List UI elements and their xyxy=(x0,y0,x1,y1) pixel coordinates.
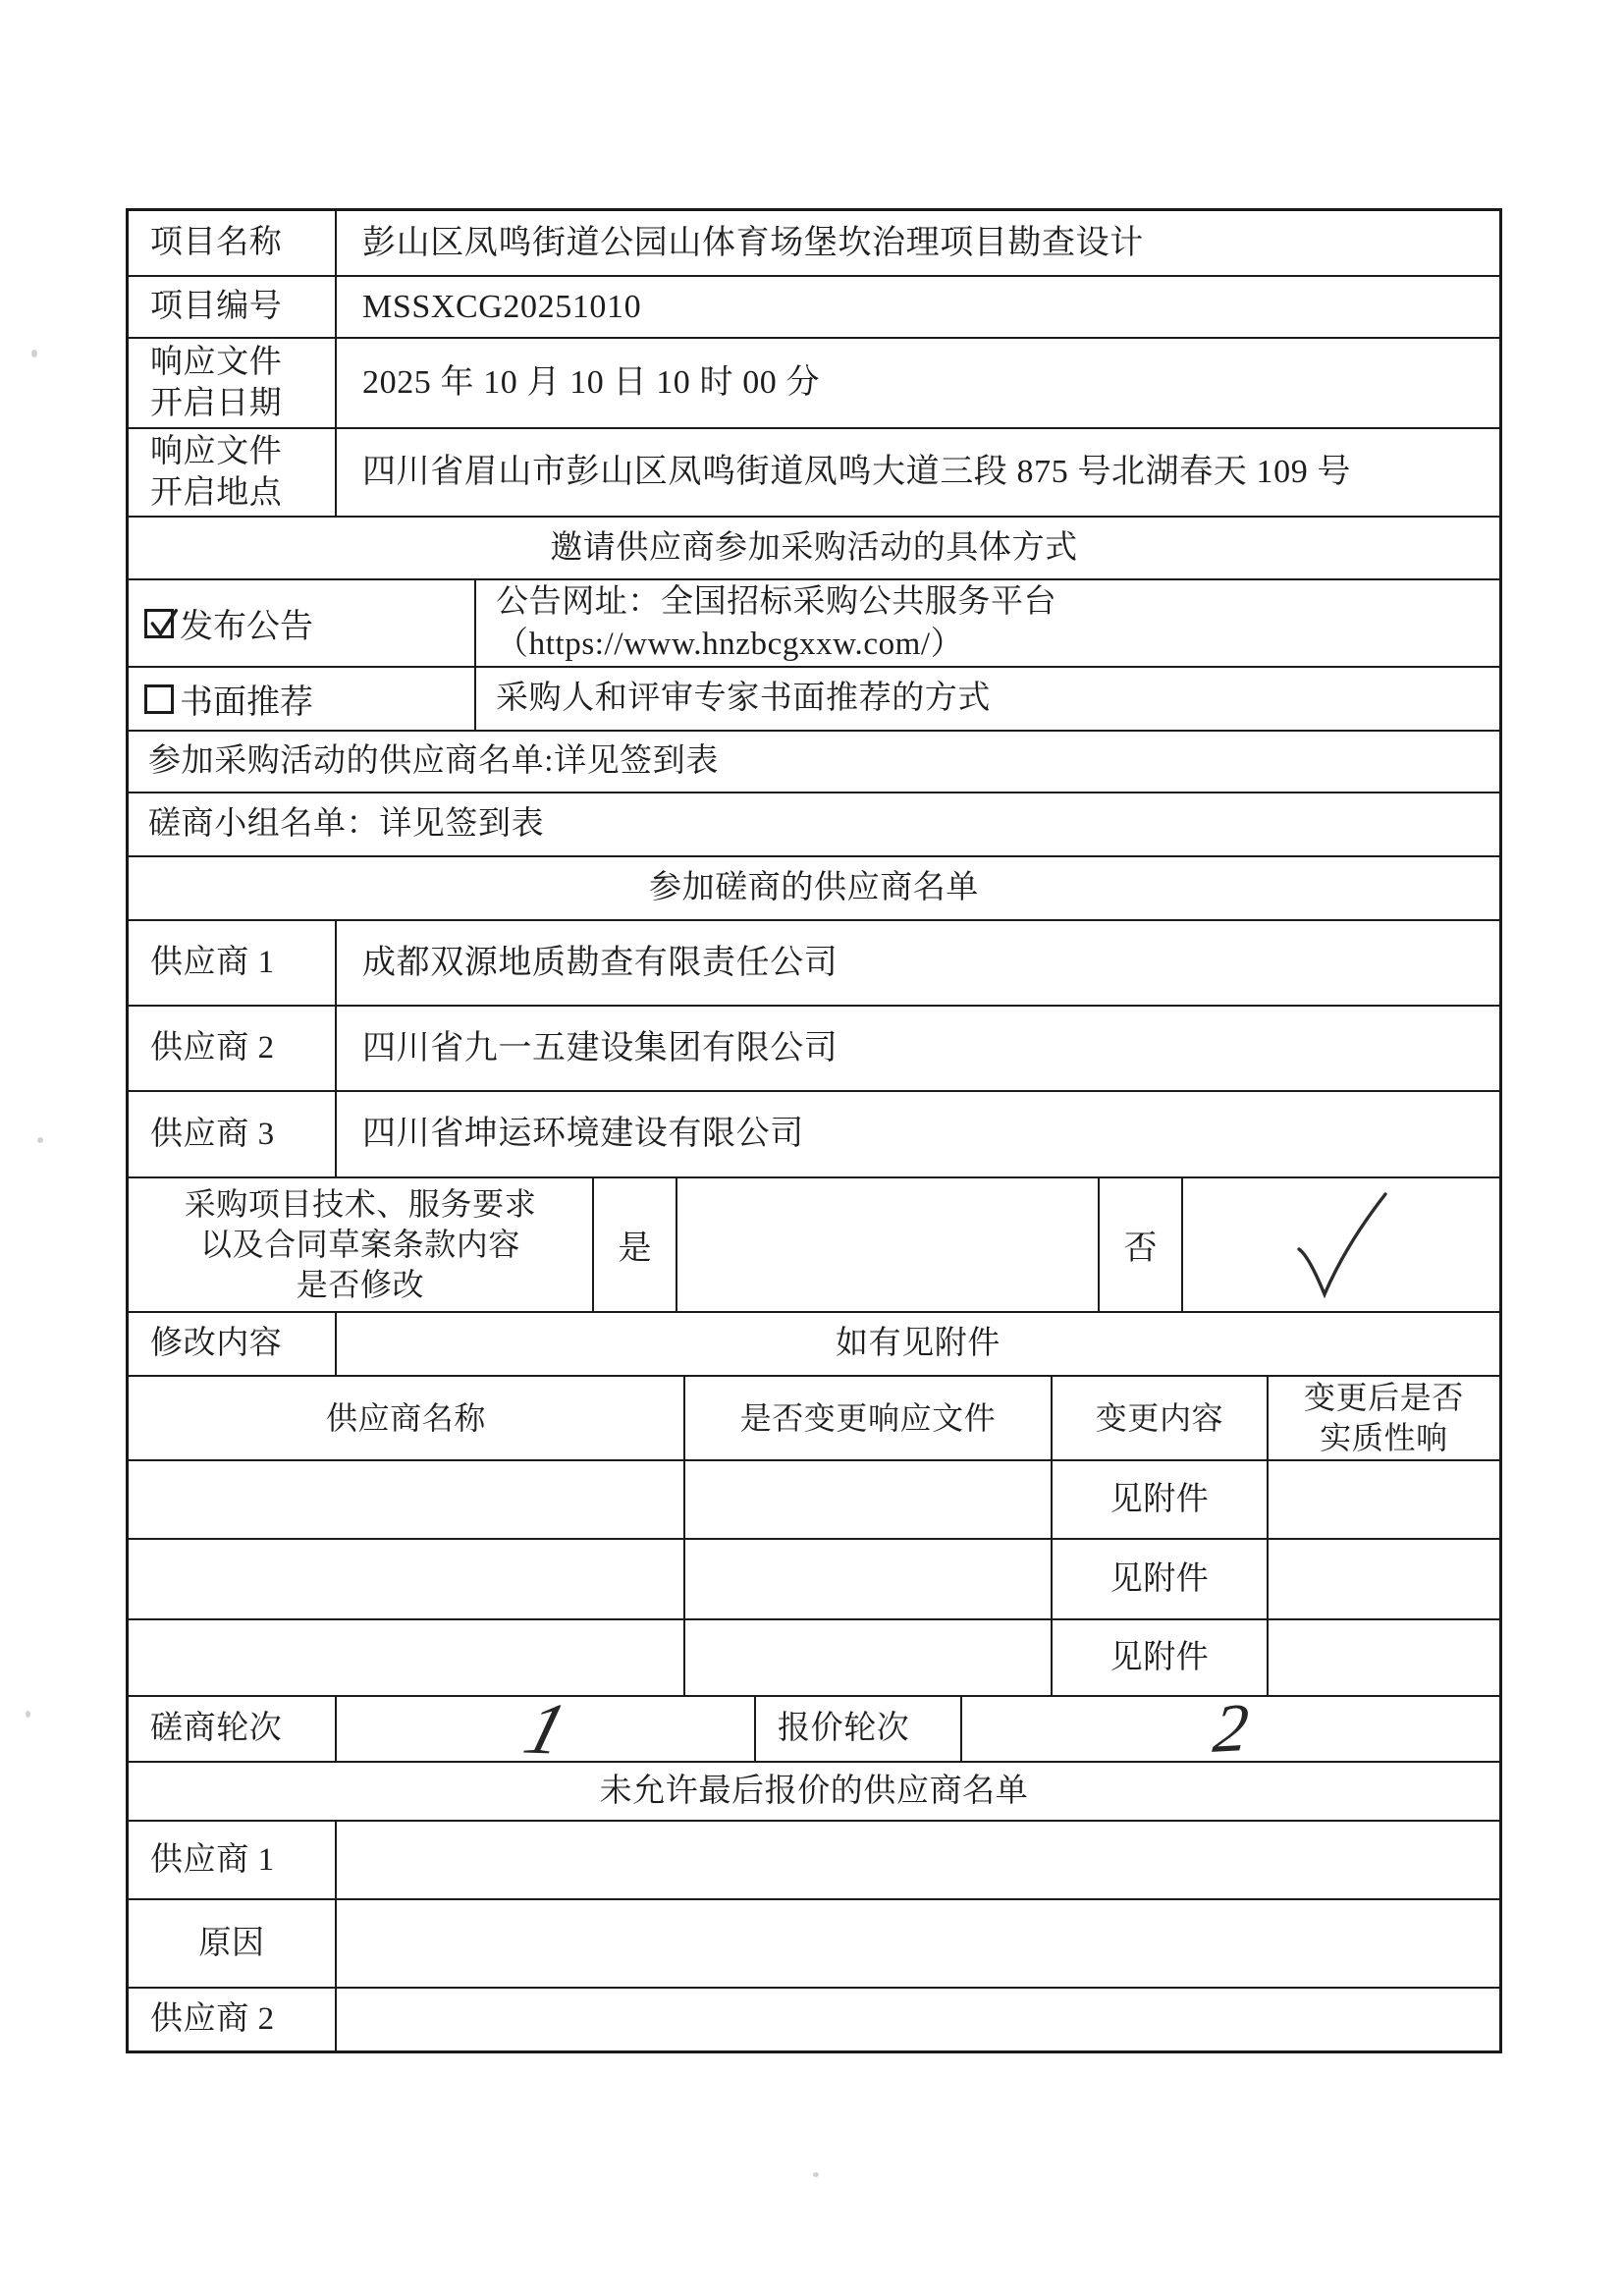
change-row-3: 见附件 xyxy=(129,1618,1499,1695)
supplier-1-label: 供应商 1 xyxy=(150,942,275,983)
modify-content-row: 修改内容 如有见附件 xyxy=(129,1311,1499,1375)
open-place-label: 响应文件 开启地点 xyxy=(150,431,282,514)
final-reason-label: 原因 xyxy=(198,1923,264,1964)
written-recommend-option-cell: 书面推荐 xyxy=(129,668,474,730)
quote-round-label: 报价轮次 xyxy=(778,1708,909,1749)
supplier-3-row: 供应商 3 四川省坤运环境建设有限公司 xyxy=(129,1090,1499,1176)
open-place-value-cell: 四川省眉山市彭山区凤鸣街道凤鸣大道三段 875 号北湖春天 109 号 xyxy=(335,429,1499,516)
final-reason-value-cell xyxy=(335,1900,1499,1987)
supplier-2-value-cell: 四川省九一五建设集团有限公司 xyxy=(335,1007,1499,1090)
change-row-1-content: 见附件 xyxy=(1110,1479,1210,1520)
panel-list-row: 磋商小组名单：详见签到表 xyxy=(129,792,1499,855)
negotiation-suppliers-header-cell: 参加磋商的供应商名单 xyxy=(129,857,1499,919)
unchecked-checkbox-icon xyxy=(144,684,174,714)
project-name-label-cell: 项目名称 xyxy=(129,211,335,275)
final-supplier-1-value-cell xyxy=(335,1822,1499,1898)
final-supplier-1-label-cell: 供应商 1 xyxy=(129,1822,335,1898)
project-number-label-cell: 项目编号 xyxy=(129,277,335,337)
publish-announcement-row: 发布公告 公告网址：全国招标采购公共服务平台 （https://www.hnzb… xyxy=(129,578,1499,666)
written-recommend-label: 书面推荐 xyxy=(180,675,313,723)
change-table-header-row: 供应商名称 是否变更响应文件 变更内容 变更后是否 实质性响 xyxy=(129,1375,1499,1459)
scan-speck xyxy=(31,350,37,357)
project-number-value: MSSXCG20251010 xyxy=(362,286,641,329)
supplier-2-name: 四川省九一五建设集团有限公司 xyxy=(362,1027,838,1070)
modify-question-label-cell: 采购项目技术、服务要求 以及合同草案条款内容 是否修改 xyxy=(129,1178,592,1311)
quote-round-value-cell: 2 xyxy=(960,1697,1499,1761)
change-row-2-substantive-cell xyxy=(1267,1540,1499,1618)
supplier-1-value-cell: 成都双源地质勘查有限责任公司 xyxy=(335,921,1499,1005)
supplier-3-label: 供应商 3 xyxy=(150,1114,275,1155)
project-name-label: 项目名称 xyxy=(150,222,282,263)
open-date-label-cell: 响应文件 开启日期 xyxy=(129,339,335,427)
supplier-3-name: 四川省坤运环境建设有限公司 xyxy=(362,1113,804,1156)
publish-announcement-label: 发布公告 xyxy=(180,599,313,647)
final-supplier-2-row: 供应商 2 xyxy=(129,1987,1499,2050)
supplier-3-value-cell: 四川省坤运环境建设有限公司 xyxy=(335,1092,1499,1176)
modify-question-row: 采购项目技术、服务要求 以及合同草案条款内容 是否修改 是 否 xyxy=(129,1176,1499,1311)
supplier-1-label-cell: 供应商 1 xyxy=(129,921,335,1005)
negotiation-suppliers-header-row: 参加磋商的供应商名单 xyxy=(129,855,1499,919)
project-name-value-cell: 彭山区凤鸣街道公园山体育场堡坎治理项目勘查设计 xyxy=(335,211,1499,275)
invite-method-header-cell: 邀请供应商参加采购活动的具体方式 xyxy=(129,518,1499,578)
modify-content-value: 如有见附件 xyxy=(836,1323,1001,1364)
modify-yes-label-cell: 是 xyxy=(592,1178,676,1311)
project-number-label: 项目编号 xyxy=(150,286,282,327)
open-place-value: 四川省眉山市彭山区凤鸣街道凤鸣大道三段 875 号北湖春天 109 号 xyxy=(362,451,1351,494)
change-row-1: 见附件 xyxy=(129,1459,1499,1538)
supplier-1-row: 供应商 1 成都双源地质勘查有限责任公司 xyxy=(129,919,1499,1005)
written-recommend-desc-cell: 采购人和评审专家书面推荐的方式 xyxy=(474,668,1499,730)
project-name-value: 彭山区凤鸣街道公园山体育场堡坎治理项目勘查设计 xyxy=(362,222,1144,265)
modify-yes-label: 是 xyxy=(619,1221,652,1269)
modify-question-label: 采购项目技术、服务要求 以及合同草案条款内容 是否修改 xyxy=(185,1184,537,1305)
supplier-2-label-cell: 供应商 2 xyxy=(129,1007,335,1090)
change-row-2-supplier-cell xyxy=(129,1540,683,1618)
change-row-2-changed-cell xyxy=(683,1540,1051,1618)
change-row-2-content: 见附件 xyxy=(1110,1558,1210,1600)
attend-list-cell: 参加采购活动的供应商名单:详见签到表 xyxy=(129,732,1499,792)
scan-speck xyxy=(37,1137,43,1143)
negotiation-round-label: 磋商轮次 xyxy=(150,1708,282,1749)
change-header-supplier: 供应商名称 xyxy=(326,1398,486,1439)
handwritten-checkmark-icon xyxy=(1292,1188,1390,1302)
handwritten-quote-round: 2 xyxy=(1211,1697,1251,1761)
project-number-value-cell: MSSXCG20251010 xyxy=(335,277,1499,337)
change-header-changed: 是否变更响应文件 xyxy=(740,1398,997,1439)
announcement-url-text: 公告网址：全国招标采购公共服务平台 （https://www.hnzbcgxxw… xyxy=(496,581,1056,664)
procurement-record-table: 项目名称 彭山区凤鸣街道公园山体育场堡坎治理项目勘查设计 项目编号 MSSXCG… xyxy=(126,208,1502,2053)
final-reason-label-cell: 原因 xyxy=(129,1900,335,1987)
modify-yes-value-cell xyxy=(676,1178,1098,1311)
handwritten-negotiation-round: 1 xyxy=(517,1697,574,1761)
change-row-1-substantive-cell xyxy=(1267,1461,1499,1538)
final-reason-row: 原因 xyxy=(129,1898,1499,1987)
project-name-row: 项目名称 彭山区凤鸣街道公园山体育场堡坎治理项目勘查设计 xyxy=(129,211,1499,275)
supplier-3-label-cell: 供应商 3 xyxy=(129,1092,335,1176)
final-supplier-2-value-cell xyxy=(335,1989,1499,2050)
open-place-label-cell: 响应文件 开启地点 xyxy=(129,429,335,516)
open-date-label: 响应文件 开启日期 xyxy=(150,342,282,424)
change-row-1-content-cell: 见附件 xyxy=(1051,1461,1267,1538)
quote-round-label-cell: 报价轮次 xyxy=(754,1697,960,1761)
open-date-value-cell: 2025 年 10 月 10 日 10 时 00 分 xyxy=(335,339,1499,427)
final-supplier-2-label: 供应商 2 xyxy=(150,1998,275,2040)
final-quote-header-cell: 未允许最后报价的供应商名单 xyxy=(129,1763,1499,1820)
final-quote-title: 未允许最后报价的供应商名单 xyxy=(600,1771,1029,1812)
scan-speck xyxy=(813,2172,819,2177)
final-supplier-1-row: 供应商 1 xyxy=(129,1820,1499,1898)
change-row-3-supplier-cell xyxy=(129,1620,683,1695)
publish-announcement-desc-cell: 公告网址：全国招标采购公共服务平台 （https://www.hnzbcgxxw… xyxy=(474,580,1499,666)
change-header-substantive: 变更后是否 实质性响 xyxy=(1304,1378,1464,1458)
supplier-2-label: 供应商 2 xyxy=(150,1027,275,1068)
negotiation-suppliers-title: 参加磋商的供应商名单 xyxy=(649,867,979,908)
change-row-3-content-cell: 见附件 xyxy=(1051,1620,1267,1695)
change-header-substantive-cell: 变更后是否 实质性响 xyxy=(1267,1377,1499,1459)
checkbox-tick-mark xyxy=(147,606,179,641)
modify-no-label-cell: 否 xyxy=(1098,1178,1181,1311)
supplier-2-row: 供应商 2 四川省九一五建设集团有限公司 xyxy=(129,1005,1499,1090)
final-supplier-2-label-cell: 供应商 2 xyxy=(129,1989,335,2050)
supplier-1-name: 成都双源地质勘查有限责任公司 xyxy=(362,942,838,985)
change-header-changed-cell: 是否变更响应文件 xyxy=(683,1377,1051,1459)
change-header-content-cell: 变更内容 xyxy=(1051,1377,1267,1459)
checked-checkbox-icon xyxy=(144,609,174,638)
publish-announcement-option-cell: 发布公告 xyxy=(129,580,474,666)
negotiation-round-value-cell: 1 xyxy=(335,1697,754,1761)
open-place-row: 响应文件 开启地点 四川省眉山市彭山区凤鸣街道凤鸣大道三段 875 号北湖春天 … xyxy=(129,427,1499,516)
modify-no-value-cell xyxy=(1181,1178,1499,1311)
modify-content-label-cell: 修改内容 xyxy=(129,1313,335,1375)
modify-content-label: 修改内容 xyxy=(150,1323,282,1364)
change-row-3-substantive-cell xyxy=(1267,1620,1499,1695)
change-header-content: 变更内容 xyxy=(1096,1398,1223,1439)
modify-content-value-cell: 如有见附件 xyxy=(335,1313,1499,1375)
change-row-3-content: 见附件 xyxy=(1110,1637,1210,1678)
scan-speck xyxy=(26,1711,30,1718)
change-row-1-changed-cell xyxy=(683,1461,1051,1538)
modify-no-label: 否 xyxy=(1124,1221,1158,1269)
written-recommend-desc: 采购人和评审专家书面推荐的方式 xyxy=(496,678,991,719)
rounds-row: 磋商轮次 1 报价轮次 2 xyxy=(129,1695,1499,1761)
change-row-1-supplier-cell xyxy=(129,1461,683,1538)
final-supplier-1-label: 供应商 1 xyxy=(150,1839,275,1881)
invite-method-header-row: 邀请供应商参加采购活动的具体方式 xyxy=(129,516,1499,578)
change-header-supplier-cell: 供应商名称 xyxy=(129,1377,683,1459)
negotiation-round-label-cell: 磋商轮次 xyxy=(129,1697,335,1761)
change-row-3-changed-cell xyxy=(683,1620,1051,1695)
open-date-value: 2025 年 10 月 10 日 10 时 00 分 xyxy=(362,361,820,405)
scanned-document-page: { "page": { "background": "#ffffff", "in… xyxy=(0,0,1623,2296)
attend-list-row: 参加采购活动的供应商名单:详见签到表 xyxy=(129,730,1499,792)
invite-method-title: 邀请供应商参加采购活动的具体方式 xyxy=(550,527,1078,569)
written-recommend-row: 书面推荐 采购人和评审专家书面推荐的方式 xyxy=(129,666,1499,730)
final-quote-header-row: 未允许最后报价的供应商名单 xyxy=(129,1761,1499,1820)
project-number-row: 项目编号 MSSXCG20251010 xyxy=(129,275,1499,337)
attend-list-note: 参加采购活动的供应商名单:详见签到表 xyxy=(148,740,719,782)
open-date-row: 响应文件 开启日期 2025 年 10 月 10 日 10 时 00 分 xyxy=(129,337,1499,427)
change-row-2-content-cell: 见附件 xyxy=(1051,1540,1267,1618)
panel-list-cell: 磋商小组名单：详见签到表 xyxy=(129,793,1499,855)
change-row-2: 见附件 xyxy=(129,1538,1499,1618)
panel-list-note: 磋商小组名单：详见签到表 xyxy=(148,803,544,845)
